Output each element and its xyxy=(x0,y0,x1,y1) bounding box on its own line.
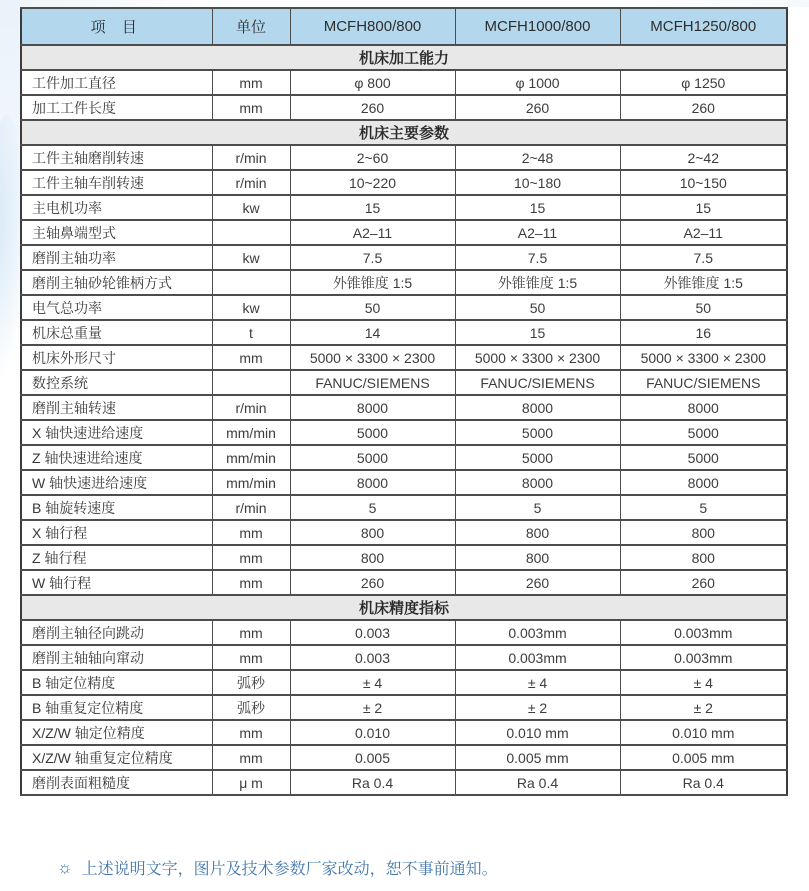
spec-value: 260 xyxy=(455,570,620,595)
spec-value: 0.003 xyxy=(290,645,455,670)
spec-value: 0.005 mm xyxy=(620,745,787,770)
spec-value: ± 4 xyxy=(455,670,620,695)
spec-value: 0.003mm xyxy=(455,620,620,645)
spec-unit: mm/min xyxy=(212,420,290,445)
spec-value: φ 800 xyxy=(290,70,455,95)
spec-label: Z 轴快速进给速度 xyxy=(21,445,212,470)
spec-value: 10~220 xyxy=(290,170,455,195)
spec-unit: mm xyxy=(212,345,290,370)
spec-value: ± 2 xyxy=(455,695,620,720)
spec-value: 7.5 xyxy=(620,245,787,270)
spec-row: 磨削主轴径向跳动mm0.0030.003mm0.003mm xyxy=(21,620,787,645)
sun-icon: ☼ xyxy=(57,859,73,876)
spec-label: X 轴行程 xyxy=(21,520,212,545)
spec-value: 260 xyxy=(290,570,455,595)
spec-row: 工件加工直径mmφ 800φ 1000φ 1250 xyxy=(21,70,787,95)
section-header-row: 机床精度指标 xyxy=(21,595,787,620)
spec-value: 260 xyxy=(620,570,787,595)
spec-row: 主电机功率kw151515 xyxy=(21,195,787,220)
spec-row: Z 轴快速进给速度mm/min500050005000 xyxy=(21,445,787,470)
spec-value: 800 xyxy=(290,520,455,545)
column-header-unit: 单位 xyxy=(212,8,290,45)
spec-unit: mm xyxy=(212,620,290,645)
spec-unit: r/min xyxy=(212,170,290,195)
header-row: 项 目 单位 MCFH800/800 MCFH1000/800 MCFH1250… xyxy=(21,8,787,45)
spec-value: 0.010 mm xyxy=(620,720,787,745)
spec-value: 5000 × 3300 × 2300 xyxy=(620,345,787,370)
spec-row: 机床外形尺寸mm5000 × 3300 × 23005000 × 3300 × … xyxy=(21,345,787,370)
spec-label: X 轴快速进给速度 xyxy=(21,420,212,445)
spec-unit: r/min xyxy=(212,495,290,520)
spec-label: 机床总重量 xyxy=(21,320,212,345)
footer-disclaimer-text: 上述说明文字，图片及技术参数厂家改动，恕不事前通知。 xyxy=(82,856,498,879)
spec-value: 0.010 mm xyxy=(455,720,620,745)
section-header-row: 机床主要参数 xyxy=(21,120,787,145)
spec-value: Ra 0.4 xyxy=(620,770,787,795)
background-top-tint xyxy=(0,0,809,7)
spec-table-body: 机床加工能力工件加工直径mmφ 800φ 1000φ 1250加工工件长度mm2… xyxy=(21,45,787,795)
spec-value: A2–11 xyxy=(455,220,620,245)
spec-value: ± 4 xyxy=(620,670,787,695)
spec-label: 磨削主轴转速 xyxy=(21,395,212,420)
spec-row: 加工工件长度mm260260260 xyxy=(21,95,787,120)
spec-value: 0.003mm xyxy=(620,620,787,645)
spec-value: 5000 xyxy=(290,445,455,470)
spec-value: Ra 0.4 xyxy=(455,770,620,795)
spec-unit: mm xyxy=(212,645,290,670)
spec-value: 15 xyxy=(455,320,620,345)
spec-label: 磨削主轴径向跳动 xyxy=(21,620,212,645)
spec-value: φ 1000 xyxy=(455,70,620,95)
spec-value: 8000 xyxy=(290,470,455,495)
spec-row: 工件主轴磨削转速r/min2~602~482~42 xyxy=(21,145,787,170)
spec-value: 2~42 xyxy=(620,145,787,170)
spec-value: 2~60 xyxy=(290,145,455,170)
spec-unit: kw xyxy=(212,245,290,270)
spec-value: 外锥锥度 1:5 xyxy=(455,270,620,295)
spec-value: 15 xyxy=(455,195,620,220)
column-header-item: 项 目 xyxy=(21,8,212,45)
spec-label: B 轴定位精度 xyxy=(21,670,212,695)
spec-value: 2~48 xyxy=(455,145,620,170)
spec-value: 8000 xyxy=(455,395,620,420)
spec-unit xyxy=(212,220,290,245)
spec-value: ± 4 xyxy=(290,670,455,695)
spec-label: 主轴鼻端型式 xyxy=(21,220,212,245)
spec-label: 数控系统 xyxy=(21,370,212,395)
spec-label: W 轴行程 xyxy=(21,570,212,595)
spec-unit: mm xyxy=(212,720,290,745)
spec-unit: mm xyxy=(212,520,290,545)
spec-value: 15 xyxy=(620,195,787,220)
section-title: 机床加工能力 xyxy=(21,45,787,70)
spec-unit: 弧秒 xyxy=(212,695,290,720)
spec-value: 8000 xyxy=(455,470,620,495)
spec-unit: 弧秒 xyxy=(212,670,290,695)
spec-label: B 轴重复定位精度 xyxy=(21,695,212,720)
spec-value: Ra 0.4 xyxy=(290,770,455,795)
spec-row: 数控系统FANUC/SIEMENSFANUC/SIEMENSFANUC/SIEM… xyxy=(21,370,787,395)
spec-unit: r/min xyxy=(212,145,290,170)
spec-row: X/Z/W 轴定位精度mm0.0100.010 mm0.010 mm xyxy=(21,720,787,745)
spec-unit xyxy=(212,270,290,295)
spec-unit xyxy=(212,370,290,395)
spec-label: 工件加工直径 xyxy=(21,70,212,95)
spec-unit: mm xyxy=(212,570,290,595)
spec-value: 外锥锥度 1:5 xyxy=(290,270,455,295)
spec-value: 8000 xyxy=(620,470,787,495)
spec-label: 磨削主轴功率 xyxy=(21,245,212,270)
spec-row: 工件主轴车削转速r/min10~22010~18010~150 xyxy=(21,170,787,195)
spec-value: φ 1250 xyxy=(620,70,787,95)
spec-row: B 轴重复定位精度弧秒± 2± 2± 2 xyxy=(21,695,787,720)
machine-spec-table: 项 目 单位 MCFH800/800 MCFH1000/800 MCFH1250… xyxy=(20,7,788,796)
spec-label: 磨削表面粗糙度 xyxy=(21,770,212,795)
spec-value: 5000 xyxy=(620,445,787,470)
column-header-model-3: MCFH1250/800 xyxy=(620,8,787,45)
spec-value: 16 xyxy=(620,320,787,345)
spec-label: 机床外形尺寸 xyxy=(21,345,212,370)
spec-value: 5000 xyxy=(290,420,455,445)
spec-label: 磨削主轴砂轮锥柄方式 xyxy=(21,270,212,295)
spec-label: W 轴快速进给速度 xyxy=(21,470,212,495)
spec-label: 磨削主轴轴向窜动 xyxy=(21,645,212,670)
spec-value: 5000 xyxy=(455,420,620,445)
spec-value: 5 xyxy=(455,495,620,520)
spec-value: 10~180 xyxy=(455,170,620,195)
column-header-model-2: MCFH1000/800 xyxy=(455,8,620,45)
spec-value: 5000 × 3300 × 2300 xyxy=(290,345,455,370)
spec-row: W 轴快速进给速度mm/min800080008000 xyxy=(21,470,787,495)
spec-row: 磨削主轴轴向窜动mm0.0030.003mm0.003mm xyxy=(21,645,787,670)
spec-unit: kw xyxy=(212,195,290,220)
spec-row: X 轴行程mm800800800 xyxy=(21,520,787,545)
spec-row: 主轴鼻端型式A2–11A2–11A2–11 xyxy=(21,220,787,245)
spec-value: A2–11 xyxy=(290,220,455,245)
spec-value: 0.010 xyxy=(290,720,455,745)
spec-value: 0.003mm xyxy=(620,645,787,670)
spec-row: 磨削主轴功率kw7.57.57.5 xyxy=(21,245,787,270)
spec-value: ± 2 xyxy=(290,695,455,720)
section-title: 机床主要参数 xyxy=(21,120,787,145)
spec-value: 260 xyxy=(290,95,455,120)
spec-row: 磨削主轴转速r/min800080008000 xyxy=(21,395,787,420)
spec-label: 工件主轴车削转速 xyxy=(21,170,212,195)
spec-value: 8000 xyxy=(620,395,787,420)
spec-value: 5 xyxy=(620,495,787,520)
spec-unit: mm xyxy=(212,745,290,770)
spec-row: 电气总功率kw505050 xyxy=(21,295,787,320)
spec-value: FANUC/SIEMENS xyxy=(455,370,620,395)
column-header-model-1: MCFH800/800 xyxy=(290,8,455,45)
spec-label: 工件主轴磨削转速 xyxy=(21,145,212,170)
section-title: 机床精度指标 xyxy=(21,595,787,620)
spec-value: 800 xyxy=(455,545,620,570)
section-header-row: 机床加工能力 xyxy=(21,45,787,70)
background-left-tint xyxy=(0,0,20,420)
spec-label: X/Z/W 轴定位精度 xyxy=(21,720,212,745)
spec-row: 机床总重量t141516 xyxy=(21,320,787,345)
footer-disclaimer: ☼ 上述说明文字，图片及技术参数厂家改动，恕不事前通知。 xyxy=(57,856,498,879)
spec-table-header: 项 目 单位 MCFH800/800 MCFH1000/800 MCFH1250… xyxy=(21,8,787,45)
spec-unit: mm xyxy=(212,70,290,95)
spec-value: 0.003mm xyxy=(455,645,620,670)
spec-value: 5 xyxy=(290,495,455,520)
spec-value: 50 xyxy=(620,295,787,320)
spec-unit: t xyxy=(212,320,290,345)
spec-unit: mm xyxy=(212,95,290,120)
spec-value: 8000 xyxy=(290,395,455,420)
spec-value: 5000 xyxy=(455,445,620,470)
spec-unit: μ m xyxy=(212,770,290,795)
spec-value: 0.003 xyxy=(290,620,455,645)
spec-value: 260 xyxy=(455,95,620,120)
spec-value: 外锥锥度 1:5 xyxy=(620,270,787,295)
spec-value: FANUC/SIEMENS xyxy=(620,370,787,395)
spec-value: 0.005 mm xyxy=(455,745,620,770)
spec-label: 主电机功率 xyxy=(21,195,212,220)
spec-label: 电气总功率 xyxy=(21,295,212,320)
spec-unit: mm/min xyxy=(212,445,290,470)
spec-value: FANUC/SIEMENS xyxy=(290,370,455,395)
spec-value: 0.005 xyxy=(290,745,455,770)
spec-value: 5000 × 3300 × 2300 xyxy=(455,345,620,370)
spec-value: 800 xyxy=(455,520,620,545)
spec-row: B 轴定位精度弧秒± 4± 4± 4 xyxy=(21,670,787,695)
spec-label: X/Z/W 轴重复定位精度 xyxy=(21,745,212,770)
spec-value: 10~150 xyxy=(620,170,787,195)
spec-unit: r/min xyxy=(212,395,290,420)
spec-label: B 轴旋转速度 xyxy=(21,495,212,520)
spec-value: 7.5 xyxy=(290,245,455,270)
spec-unit: mm/min xyxy=(212,470,290,495)
spec-value: A2–11 xyxy=(620,220,787,245)
spec-unit: kw xyxy=(212,295,290,320)
spec-row: W 轴行程mm260260260 xyxy=(21,570,787,595)
spec-value: 15 xyxy=(290,195,455,220)
spec-unit: mm xyxy=(212,545,290,570)
spec-value: 800 xyxy=(620,520,787,545)
spec-value: 7.5 xyxy=(455,245,620,270)
spec-row: B 轴旋转速度r/min555 xyxy=(21,495,787,520)
spec-value: 50 xyxy=(290,295,455,320)
spec-value: 800 xyxy=(290,545,455,570)
spec-value: 260 xyxy=(620,95,787,120)
spec-label: 加工工件长度 xyxy=(21,95,212,120)
spec-label: Z 轴行程 xyxy=(21,545,212,570)
spec-value: 14 xyxy=(290,320,455,345)
spec-row: X/Z/W 轴重复定位精度mm0.0050.005 mm0.005 mm xyxy=(21,745,787,770)
spec-row: Z 轴行程mm800800800 xyxy=(21,545,787,570)
spec-row: 磨削主轴砂轮锥柄方式外锥锥度 1:5外锥锥度 1:5外锥锥度 1:5 xyxy=(21,270,787,295)
spec-value: 800 xyxy=(620,545,787,570)
spec-row: X 轴快速进给速度mm/min500050005000 xyxy=(21,420,787,445)
spec-row: 磨削表面粗糙度μ mRa 0.4Ra 0.4Ra 0.4 xyxy=(21,770,787,795)
spec-value: 50 xyxy=(455,295,620,320)
spec-value: 5000 xyxy=(620,420,787,445)
spec-value: ± 2 xyxy=(620,695,787,720)
